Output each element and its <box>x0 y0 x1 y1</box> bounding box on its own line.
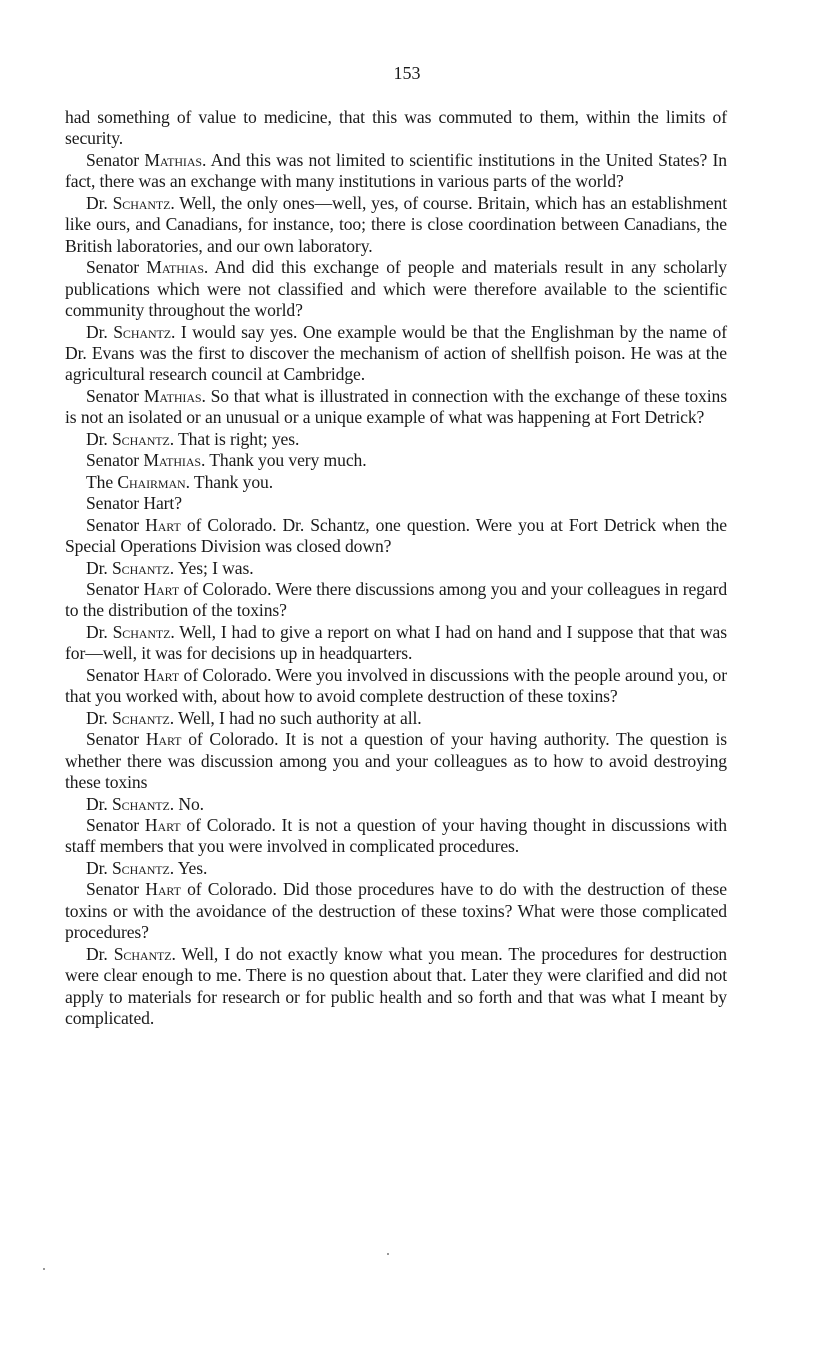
statement-text: . Well, I had no such authority at all. <box>170 708 422 728</box>
speaker-name: Schantz <box>114 944 172 964</box>
statement-text: . No. <box>170 794 204 814</box>
speaker-title: Dr. <box>86 558 112 578</box>
statement-text: . Yes. <box>170 858 208 878</box>
speaker-title: Senator <box>86 579 144 599</box>
document-page: 153 had something of value to medicine, … <box>0 0 814 1362</box>
speaker-name: Schantz <box>113 193 171 213</box>
speaker-state: of Colorado <box>179 579 267 599</box>
testimony-paragraph: Dr. Schantz. I would say yes. One exampl… <box>65 322 727 386</box>
speaker-title: The <box>86 472 117 492</box>
testimony-paragraph: Dr. Schantz. Yes. <box>65 858 727 879</box>
testimony-paragraph: Dr. Schantz. Well, I do not exactly know… <box>65 944 727 1030</box>
speaker-name: Schantz <box>112 794 170 814</box>
speaker-title: Senator <box>86 665 143 685</box>
speaker-name: Hart <box>146 729 182 749</box>
speaker-title: Senator <box>86 729 146 749</box>
testimony-paragraph: The Chairman. Thank you. <box>65 472 727 493</box>
testimony-paragraph: Dr. Schantz. Well, I had no such authori… <box>65 708 727 729</box>
speaker-name: Mathias <box>144 386 202 406</box>
testimony-paragraph: Senator Hart of Colorado. It is not a qu… <box>65 815 727 858</box>
speaker-name: Chairman <box>117 472 185 492</box>
page-number: 153 <box>0 62 814 84</box>
testimony-paragraph: Senator Hart of Colorado. Were you invol… <box>65 665 727 708</box>
speaker-title: Senator <box>86 450 143 470</box>
speaker-name: Mathias <box>143 450 201 470</box>
speaker-state: of Colorado <box>181 729 274 749</box>
speaker-name: Mathias <box>144 150 202 170</box>
speaker-state: of Colorado <box>179 665 267 685</box>
testimony-paragraph: Senator Hart of Colorado. Were there dis… <box>65 579 727 622</box>
scan-speck <box>387 1253 389 1255</box>
speaker-title: Senator <box>86 386 144 406</box>
speaker-title: Dr. <box>86 708 112 728</box>
speaker-name: Schantz <box>113 322 171 342</box>
statement-text: . Thank you. <box>186 472 273 492</box>
speaker-state: of Colorado <box>181 879 273 899</box>
speaker-title: Senator <box>86 879 145 899</box>
speaker-title: Dr. <box>86 193 113 213</box>
speaker-name: Hart <box>145 879 181 899</box>
speaker-name: Hart <box>145 515 181 535</box>
speaker-state: of Colorado <box>181 815 272 835</box>
testimony-paragraph: Dr. Schantz. Well, the only ones—well, y… <box>65 193 727 257</box>
speaker-name: Schantz <box>112 708 170 728</box>
testimony-paragraph: Dr. Schantz. No. <box>65 794 727 815</box>
speaker-name: Schantz <box>112 858 170 878</box>
speaker-title: Dr. <box>86 944 114 964</box>
speaker-name: Hart <box>144 579 180 599</box>
testimony-paragraph: Senator Hart of Colorado. Dr. Schantz, o… <box>65 515 727 558</box>
statement-text: Senator Hart? <box>86 493 182 513</box>
statement-text: . That is right; yes. <box>170 429 300 449</box>
testimony-paragraph: Senator Hart of Colorado. Did those proc… <box>65 879 727 943</box>
testimony-paragraph: Senator Mathias. Thank you very much. <box>65 450 727 471</box>
testimony-paragraph: Dr. Schantz. Well, I had to give a repor… <box>65 622 727 665</box>
speaker-name: Schantz <box>112 558 170 578</box>
speaker-name: Schantz <box>113 622 171 642</box>
testimony-paragraph: Dr. Schantz. Yes; I was. <box>65 558 727 579</box>
speaker-title: Senator <box>86 150 144 170</box>
speaker-title: Senator <box>86 515 145 535</box>
speaker-title: Senator <box>86 257 146 277</box>
speaker-title: Dr. <box>86 429 112 449</box>
speaker-title: Dr. <box>86 794 112 814</box>
hearing-transcript: had something of value to medicine, that… <box>65 107 727 1029</box>
testimony-paragraph: Senator Hart of Colorado. It is not a qu… <box>65 729 727 793</box>
statement-text: . Yes; I was. <box>170 558 254 578</box>
speaker-title: Senator <box>86 815 145 835</box>
scan-speck <box>43 1268 45 1270</box>
testimony-paragraph: Senator Mathias. And this was not limite… <box>65 150 727 193</box>
statement-text: had something of value to medicine, that… <box>65 107 727 148</box>
speaker-name: Hart <box>145 815 181 835</box>
testimony-paragraph: Dr. Schantz. That is right; yes. <box>65 429 727 450</box>
text-paragraph: Senator Hart? <box>65 493 727 514</box>
statement-text: . Thank you very much. <box>201 450 367 470</box>
speaker-title: Dr. <box>86 622 113 642</box>
testimony-paragraph: Senator Mathias. And did this exchange o… <box>65 257 727 321</box>
testimony-paragraph: Senator Mathias. So that what is illustr… <box>65 386 727 429</box>
speaker-title: Dr. <box>86 322 113 342</box>
text-paragraph: had something of value to medicine, that… <box>65 107 727 150</box>
speaker-name: Hart <box>143 665 179 685</box>
speaker-name: Schantz <box>112 429 170 449</box>
speaker-name: Mathias <box>146 257 204 277</box>
speaker-title: Dr. <box>86 858 112 878</box>
speaker-state: of Colorado <box>181 515 272 535</box>
